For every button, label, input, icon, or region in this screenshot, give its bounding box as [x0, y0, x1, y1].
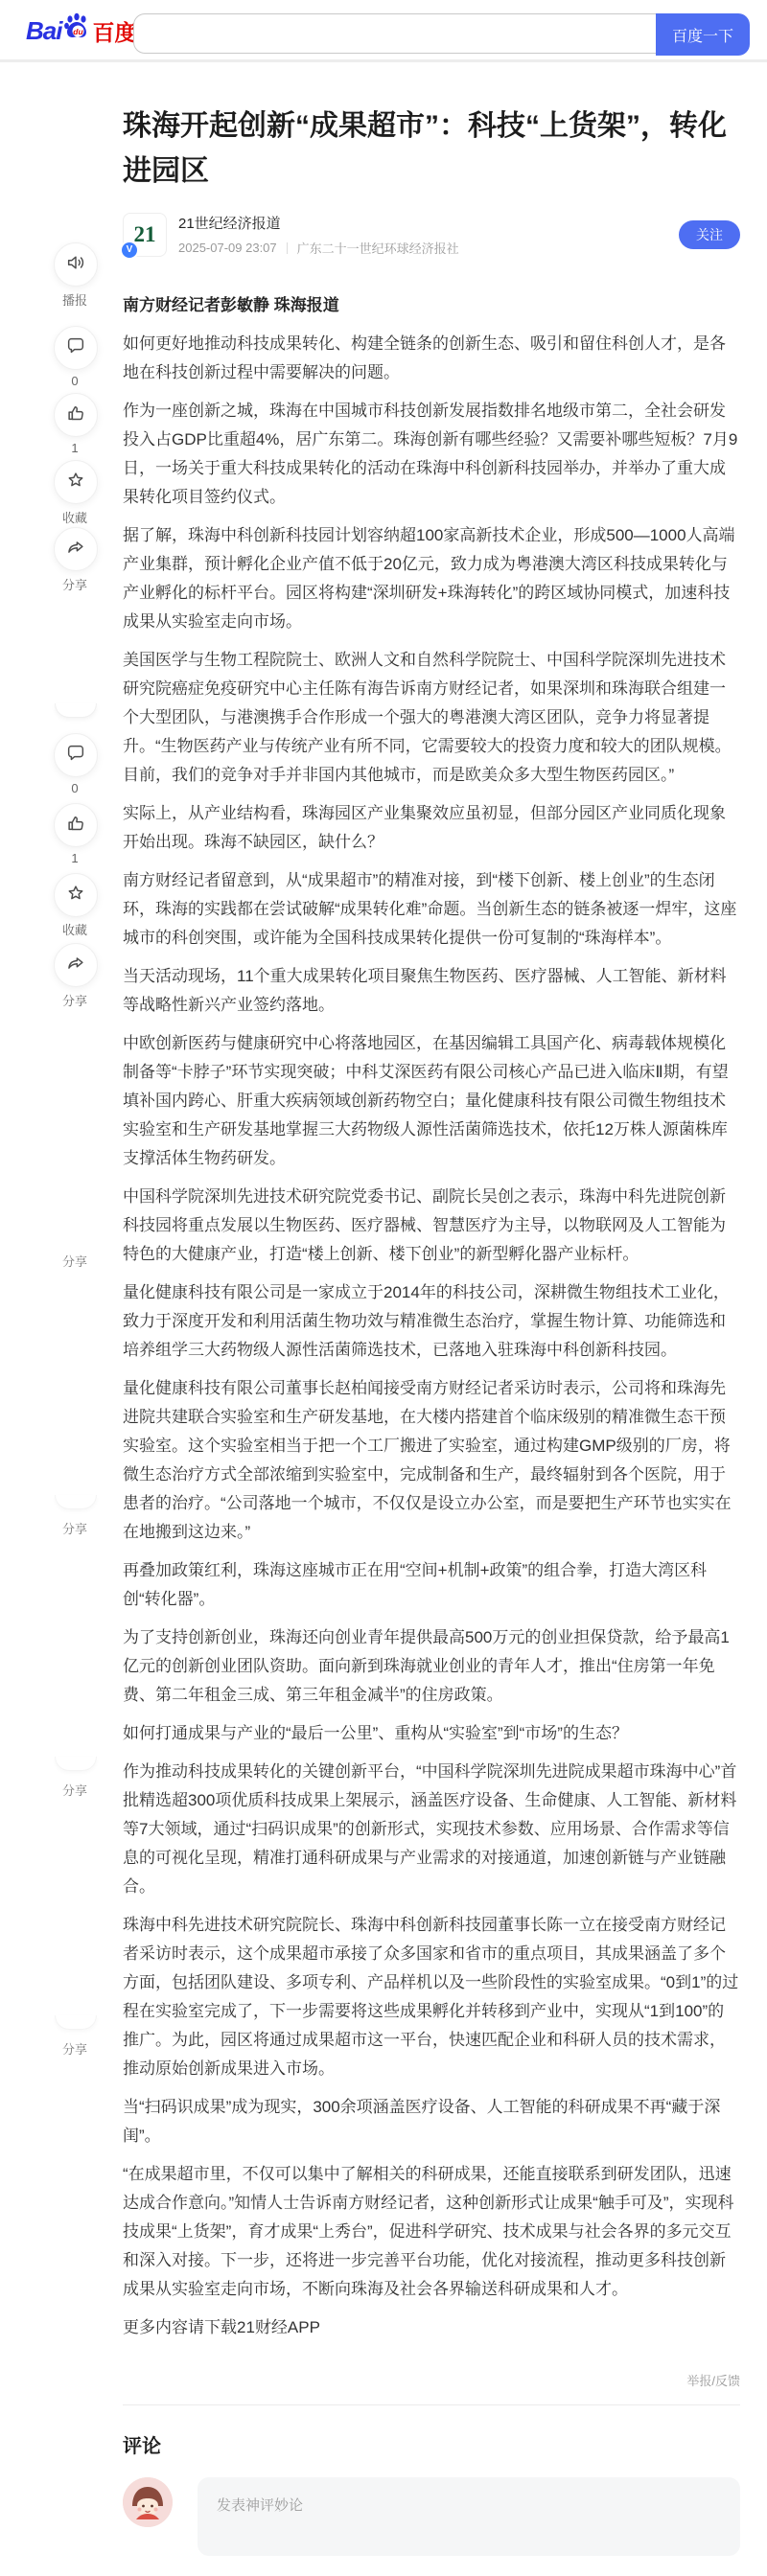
baidu-logo-cn: 百度 [92, 15, 136, 47]
article-paragraph: 美国医学与生物工程院院士、欧洲人文和自然科学院院士、中国科学院深圳先进技术研究院… [123, 646, 740, 790]
publish-meta: 2025-07-09 23:07 广东二十一世纪环球经济报社 [178, 239, 459, 257]
share-button[interactable] [54, 943, 98, 987]
article-paragraph: 当“扫码识成果”成为现实，300余项涵盖医疗设备、人工智能的科研成果不再“藏于深… [123, 2093, 740, 2150]
listen-label: 播报 [35, 290, 115, 309]
toolbar-partial-circle [55, 1757, 97, 1771]
top-bar: Bai du 百度 百度一下 [0, 0, 767, 59]
like-count: 1 [35, 441, 115, 455]
toolbar-partial-circle [55, 2015, 97, 2030]
search-button[interactable]: 百度一下 [656, 13, 750, 56]
user-avatar[interactable] [123, 2477, 173, 2527]
article-paragraph: 珠海中科先进技术研究院院长、珠海中科创新科技园董事长陈一立在接受南方财经记者采访… [123, 1911, 740, 2083]
publish-source: 广东二十一世纪环球经济报社 [297, 239, 459, 257]
article-paragraph: 为了支持创新创业，珠海还向创业青年提供最高500万元的创业担保贷款，给予最高1亿… [123, 1623, 740, 1710]
listen-button[interactable] [54, 242, 98, 287]
star-icon [65, 470, 86, 495]
favorite-button[interactable] [54, 460, 98, 504]
share-label[interactable]: 分享 [35, 2039, 115, 2058]
publish-date: 2025-07-09 23:07 [178, 241, 277, 255]
like-button[interactable] [54, 393, 98, 437]
article-container: 珠海开起创新“成果超市”：科技“上货架”，转化进园区 21 V 21世纪经济报道… [123, 0, 740, 2556]
comment-icon [65, 743, 86, 769]
baidu-logo[interactable]: Bai du 百度 [26, 16, 136, 45]
comment-input[interactable]: 发表神评妙论 [198, 2477, 740, 2556]
toolbar-partial-circle [55, 703, 97, 718]
like-button[interactable] [54, 803, 98, 847]
comment-button[interactable] [54, 733, 98, 777]
like-count: 1 [35, 851, 115, 865]
article-paragraph: 作为推动科技成果转化的关键创新平台，“中国科学院深圳先进院成果超市珠海中心”首批… [123, 1758, 740, 1901]
share-label: 分享 [35, 991, 115, 1009]
publisher-avatar[interactable]: 21 V [123, 213, 167, 257]
author-row: 21 V 21世纪经济报道 2025-07-09 23:07 广东二十一世纪环球… [123, 213, 740, 257]
paragraph-list: 如何更好地推动科技成果转化、构建全链条的创新生态、吸引和留住科创人才，是各地在科… [123, 330, 740, 2342]
share-label[interactable]: 分享 [35, 1781, 115, 1799]
article-body: 南方财经记者彭敏静 珠海报道 如何更好地推动科技成果转化、构建全链条的创新生态、… [123, 291, 740, 2342]
article-paragraph: 作为一座创新之城，珠海在中国城市科技创新发展指数排名地级市第二，全社会研发投入占… [123, 397, 740, 512]
share-icon [65, 537, 86, 563]
thumbs-up-icon [65, 813, 86, 839]
publisher-name[interactable]: 21世纪经济报道 [178, 213, 459, 233]
comments-divider [123, 2404, 740, 2405]
report-feedback-link[interactable]: 举报/反馈 [123, 2371, 740, 2389]
article-paragraph: 再叠加政策红利，珠海这座城市正在用“空间+机制+政策”的组合拳，打造大湾区科创“… [123, 1556, 740, 1614]
favorite-label: 收藏 [35, 508, 115, 526]
share-button[interactable] [54, 527, 98, 571]
comment-icon [65, 335, 86, 361]
article-paragraph: 据了解，珠海中科创新科技园计划容纳超100家高新技术企业，形成500—1000人… [123, 521, 740, 636]
comments-title: 评论 [123, 2430, 740, 2458]
svg-text:du: du [74, 27, 84, 36]
article-lead: 南方财经记者彭敏静 珠海报道 [123, 291, 740, 320]
baidu-paw-icon: du [62, 11, 91, 45]
favorite-label: 收藏 [35, 920, 115, 938]
favorite-button[interactable] [54, 873, 98, 917]
article-paragraph: 当天活动现场，11个重大成果转化项目聚焦生物医药、医疗器械、人工智能、新材料等战… [123, 962, 740, 1020]
thumbs-up-icon [65, 402, 86, 428]
verified-badge-icon: V [120, 241, 139, 260]
share-label: 分享 [35, 575, 115, 593]
comment-button[interactable] [54, 326, 98, 370]
article-paragraph: 量化健康科技有限公司是一家成立于2014年的科技公司，深耕微生物组技术工业化，致… [123, 1278, 740, 1365]
meta-divider [287, 242, 288, 254]
article-paragraph: 量化健康科技有限公司董事长赵柏闻接受南方财经记者采访时表示，公司将和珠海先进院共… [123, 1374, 740, 1547]
share-label[interactable]: 分享 [35, 1252, 115, 1270]
speaker-icon [65, 252, 86, 278]
article-paragraph: 南方财经记者留意到，从“成果超市”的精准对接，到“楼下创新、楼上创业”的生态闭环… [123, 866, 740, 953]
baidu-logo-bai: Bai [26, 16, 61, 46]
article-paragraph: 如何打通成果与产业的“最后一公里”、重构从“实验室”到“市场”的生态？ [123, 1719, 740, 1748]
comment-count: 0 [35, 781, 115, 795]
article-paragraph: 如何更好地推动科技成果转化、构建全链条的创新生态、吸引和留住科创人才，是各地在科… [123, 330, 740, 387]
share-icon [65, 953, 86, 978]
star-icon [65, 883, 86, 908]
article-title: 珠海开起创新“成果超市”：科技“上货架”，转化进园区 [123, 103, 740, 194]
follow-button[interactable]: 关注 [679, 220, 740, 249]
comment-compose-row: 发表神评妙论 [123, 2477, 740, 2556]
article-paragraph: 中国科学院深圳先进技术研究院党委书记、副院长吴创之表示，珠海中科先进院创新科技园… [123, 1183, 740, 1269]
share-label[interactable]: 分享 [35, 1519, 115, 1537]
article-paragraph: 中欧创新医药与健康研究中心将落地园区，在基因编辑工具国产化、病毒载体规模化制备等… [123, 1029, 740, 1173]
article-paragraph: 实际上，从产业结构看，珠海园区产业集聚效应虽初显，但部分园区产业同质化现象开始出… [123, 799, 740, 857]
search-bar: 百度一下 [133, 13, 750, 56]
search-input[interactable] [133, 13, 656, 54]
article-paragraph: 更多内容请下载21财经APP [123, 2313, 740, 2342]
article-paragraph: “在成果超市里，不仅可以集中了解相关的科研成果，还能直接联系到研发团队，迅速达成… [123, 2160, 740, 2304]
toolbar-partial-circle [55, 1495, 97, 1509]
author-info: 21世纪经济报道 2025-07-09 23:07 广东二十一世纪环球经济报社 [178, 213, 459, 257]
comment-count: 0 [35, 374, 115, 388]
